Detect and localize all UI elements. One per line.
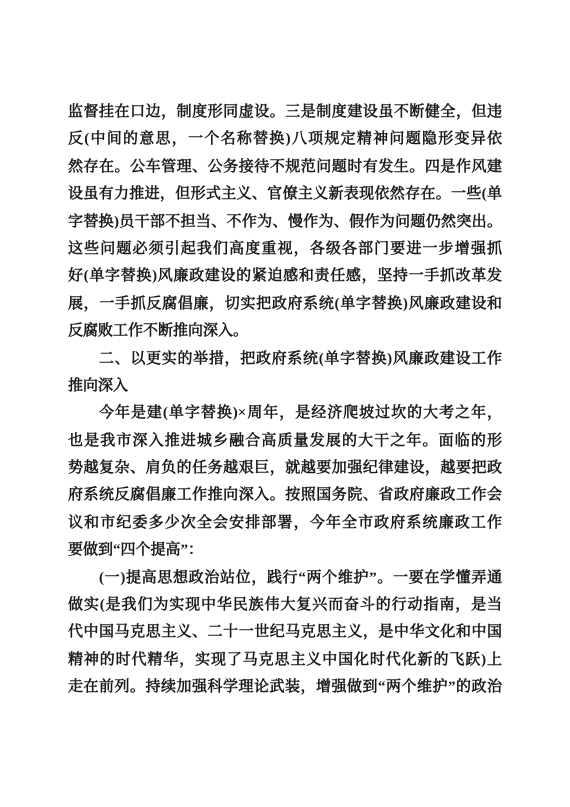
text-line: 字替换)员干部不担当、不作为、慢作为、假作为问题仍然突出。 [68, 209, 502, 236]
text-line: 精神的时代精华，实现了马克思主义中国化时代化新的飞跃)上 [68, 647, 502, 674]
document-page: 监督挂在口边，制度形同虚设。三是制度建设虽不断健全，但违反(中间的意思，一个名称… [0, 0, 570, 807]
text-line: 议和市纪委多少次全会安排部署，今年全市政府系统廉政工作 [68, 510, 502, 537]
text-line: 二、以更实的举措，把政府系统(单字替换)风廉政建设工作 [68, 346, 502, 373]
text-line: 势越复杂、肩负的任务越艰巨，就越要加强纪律建设，越要把政 [68, 455, 502, 482]
text-line: 然存在。公车管理、公务接待不规范问题时有发生。四是作风建 [68, 154, 502, 181]
text-line: 走在前列。持续加强科学理论武装，增强做到“两个维护”的政治 [68, 674, 502, 701]
text-line: 反腐败工作不断推向深入。 [68, 318, 502, 345]
text-line: 监督挂在口边，制度形同虚设。三是制度建设虽不断健全，但违 [68, 99, 502, 126]
text-line: 府系统反腐倡廉工作推向深入。按照国务院、省政府廉政工作会 [68, 482, 502, 509]
document-body: 监督挂在口边，制度形同虚设。三是制度建设虽不断健全，但违反(中间的意思，一个名称… [68, 99, 502, 702]
text-line: 这些问题必须引起我们高度重视，各级各部门要进一步增强抓 [68, 236, 502, 263]
text-line: 代中国马克思主义、二十一世纪马克思主义，是中华文化和中国 [68, 619, 502, 646]
text-line: 做实(是我们为实现中华民族伟大复兴而奋斗的行动指南，是当 [68, 592, 502, 619]
text-line: 设虽有力推进，但形式主义、官僚主义新表现依然存在。一些(单 [68, 181, 502, 208]
text-line: (一)提高思想政治站位，践行“两个维护”。一要在学懂弄通 [68, 565, 502, 592]
text-line: 推向深入 [68, 373, 502, 400]
text-line: 展，一手抓反腐倡廉，切实把政府系统(单字替换)风廉政建设和 [68, 291, 502, 318]
text-line: 要做到“四个提高”： [68, 537, 502, 564]
text-line: 好(单字替换)风廉政建设的紧迫感和责任感，坚持一手抓改革发 [68, 263, 502, 290]
text-line: 也是我市深入推进城乡融合高质量发展的大干之年。面临的形 [68, 428, 502, 455]
text-line: 今年是建(单字替换)×周年，是经济爬坡过坎的大考之年， [68, 400, 502, 427]
text-line: 反(中间的意思，一个名称替换)八项规定精神问题隐形变异依 [68, 126, 502, 153]
